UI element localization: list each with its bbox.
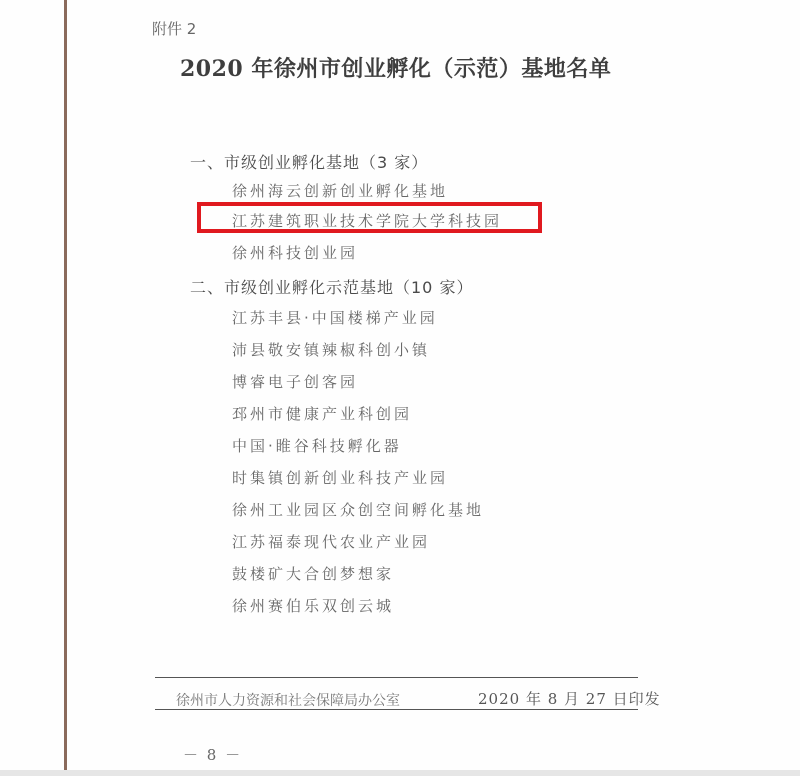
list-item: 沛县敬安镇辣椒科创小镇: [232, 339, 430, 360]
section-heading-2: 二、市级创业孵化示范基地（10 家）: [190, 275, 473, 298]
footer-rule-top: [155, 677, 638, 678]
document-page: 附件 2 2020 年徐州市创业孵化（示范）基地名单 一、市级创业孵化基地（3 …: [0, 0, 800, 776]
list-item: 鼓楼矿大合创梦想家: [232, 563, 394, 584]
list-item: 博睿电子创客园: [232, 371, 358, 392]
bottom-strip: [0, 770, 800, 776]
attachment-label: 附件 2: [152, 18, 196, 39]
list-item: 中国·睢谷科技孵化器: [232, 435, 402, 456]
list-item: 时集镇创新创业科技产业园: [232, 467, 448, 488]
footer-issuer: 徐州市人力资源和社会保障局办公室: [176, 690, 400, 710]
list-item: 徐州工业园区众创空间孵化基地: [232, 499, 484, 520]
page-border-line: [64, 0, 67, 776]
section-heading-1: 一、市级创业孵化基地（3 家）: [190, 150, 428, 173]
list-item: 徐州赛伯乐双创云城: [232, 595, 394, 616]
footer-rule-bottom: [155, 709, 638, 710]
footer-date: 2020 年 8 月 27 日印发: [478, 688, 661, 709]
document-title: 2020 年徐州市创业孵化（示范）基地名单: [180, 52, 611, 83]
list-item: 江苏丰县·中国楼梯产业园: [232, 307, 438, 328]
list-item: 徐州海云创新创业孵化基地: [232, 180, 448, 201]
list-item: 徐州科技创业园: [232, 242, 358, 263]
highlight-box: [197, 202, 542, 233]
list-item: 邳州市健康产业科创园: [232, 403, 412, 424]
list-item: 江苏福泰现代农业产业园: [232, 531, 430, 552]
page-number: － 8 －: [183, 744, 242, 765]
